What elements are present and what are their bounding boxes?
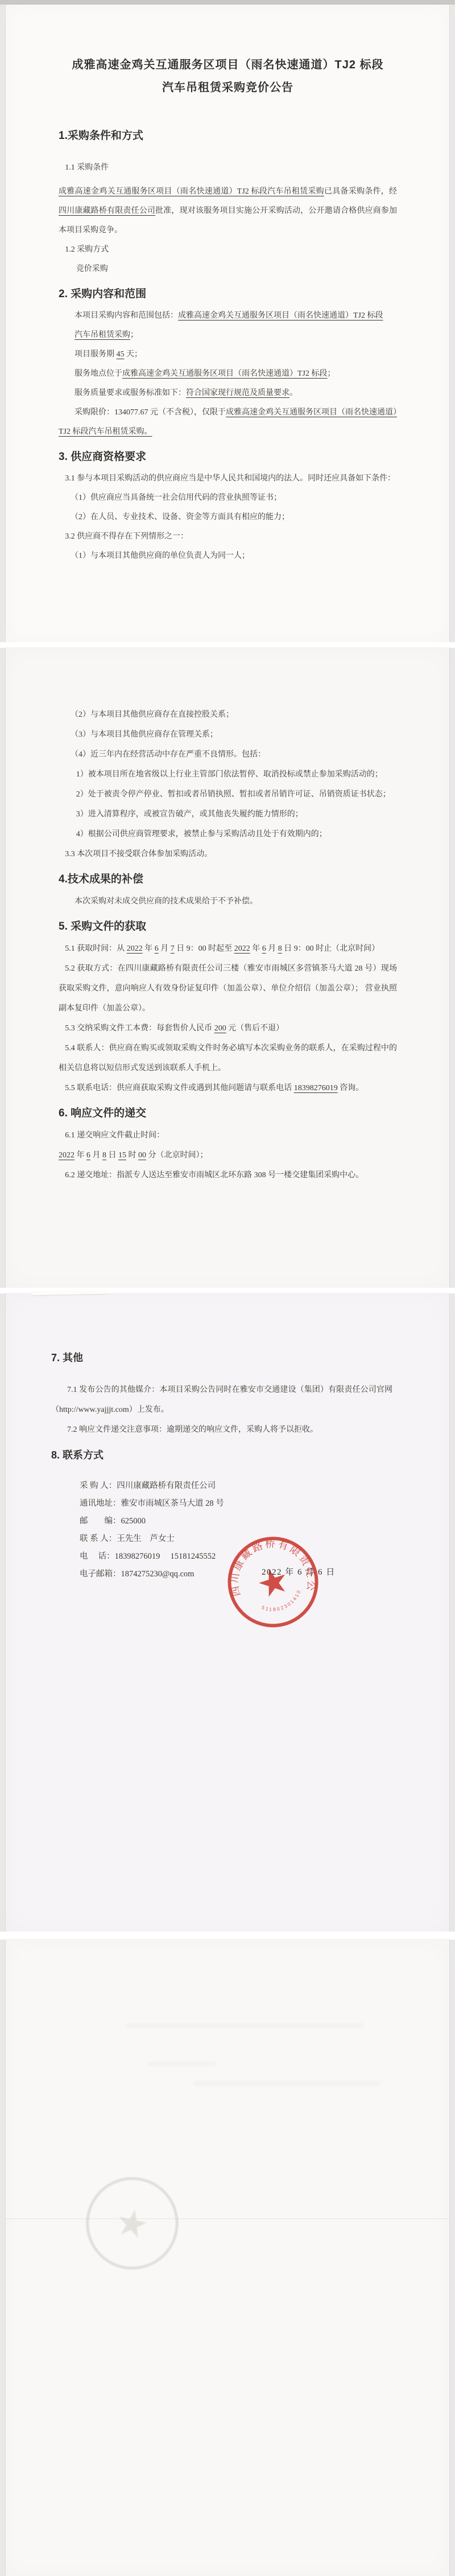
bleed-through-text-artifact (148, 2061, 216, 2066)
deadline-time: 2022 年 6 月 8 日 15 时 00 分（北京时间）； (59, 1145, 397, 1165)
clause-1-1-paragraph: 成雅高速金鸡关互通服务区项目（雨名快速通道）TJ2 标段汽车吊租赁采购已具备采购… (59, 182, 397, 240)
contact-value: 625000 (121, 1517, 146, 1526)
page-2: （2）与本项目其他供应商存在直接控股关系； （3）与本项目其他供应商存在管理关系… (6, 648, 449, 1288)
section-3-heading: 3. 供应商资格要求 (59, 450, 397, 465)
contact-label: 电子邮箱： (80, 1570, 121, 1579)
contact-value: 雅安市雨城区茶马大道 28 号 (121, 1499, 224, 1508)
clause-7-1: 7.1 发布公告的其他媒介：本项目采购公告同时在雅安市交通建设（集团）有限责任公… (51, 1380, 392, 1420)
contact-value: 四川康藏路桥有限责任公司 (117, 1481, 216, 1490)
clause-5-1: 5.1 获取时间：从 2022 年 6 月 7 日 9：00 时起至 2022 … (59, 939, 397, 959)
clause-3-2: 3.2 供应商不得存在下列情形之一： (59, 527, 397, 547)
contact-row-purchaser: 采 购 人：四川康藏路桥有限责任公司 (80, 1477, 392, 1495)
page-separator (0, 1932, 455, 1940)
bleed-through-stamp-icon (73, 2164, 192, 2283)
bad-record-sub-1: 1）被本项目所在地省级以上行业主管部门依法暂停、取消投标或禁止参加采购活动的； (59, 765, 397, 784)
clause-3-2-item-4: （4）近三年内在经营活动中存在严重不良情形。包括： (59, 745, 397, 765)
clause-5-3: 5.3 交纳采购文件工本费：每套售价人民币 200 元（售后不退） (59, 1018, 397, 1038)
clause-3-2-item-1: （1）与本项目其他供应商的单位负责人为同一人； (59, 547, 397, 566)
contact-label: 联 系 人： (80, 1534, 117, 1543)
contact-value: 1874275230@qq.com (121, 1570, 195, 1579)
bleed-through-text-artifact (193, 2081, 381, 2086)
clause-6-2: 6.2 递交地址：指派专人送达至雅安市雨城区北环东路 308 号一楼交建集团采购… (59, 1165, 397, 1185)
page-separator (0, 642, 455, 648)
contact-label: 通讯地址： (80, 1499, 121, 1508)
section-1-heading: 1.采购条件和方式 (59, 129, 397, 143)
document-title-line-1: 成雅高速金鸡关互通服务区项目（雨名快速通道）TJ2 标段 (59, 54, 397, 76)
section-7-heading: 7. 其他 (51, 1350, 392, 1365)
contact-label: 电 话： (80, 1552, 115, 1561)
section-5-heading: 5. 采购文件的获取 (59, 919, 397, 934)
section-4-heading: 4.技术成果的补偿 (59, 872, 397, 887)
clause-5-2: 5.2 获取方式：在四川康藏路桥有限责任公司三楼（雅安市雨城区多营镇茶马大道 2… (59, 959, 397, 1018)
scope-paragraph: 本项目采购内容和范围包括：成雅高速金鸡关互通服务区项目（雨名快速通道）TJ2 标… (59, 306, 397, 326)
clause-3-1-item-2: （2）在人员、专业技术、设备、资金等方面具有相应的能力； (59, 508, 397, 527)
clause-7-2: 7.2 响应文件递交注意事项：逾期递交的响应文件，采购人将予以拒收。 (51, 1420, 392, 1440)
contact-value: 王先生 芦女士 (117, 1534, 175, 1543)
clause-6-1: 6.1 递交响应文件截止时间： (59, 1125, 397, 1145)
bleed-through-text-artifact (125, 2023, 364, 2028)
page-3: 7. 其他 7.1 发布公告的其他媒介：本项目采购公告同时在雅安市交通建设（集团… (6, 1293, 449, 1932)
service-location: 服务地点位于成雅高速金鸡关互通服务区项目（雨名快速通道）TJ2 标段； (59, 364, 397, 384)
clause-3-3: 3.3 本次项目不接受联合体参加采购活动。 (59, 844, 397, 864)
section-8-heading: 8. 联系方式 (51, 1448, 392, 1462)
clause-3-1: 3.1 参与本项目采购活动的供应商应当是中华人民共和国境内的法人。同时还应具备如… (59, 469, 397, 488)
price-limit: 采购限价：134077.67 元（不含税），仅限于成雅高速金鸡关互通服务区项目（… (59, 403, 397, 442)
scope-item: 汽车吊租赁采购； (59, 326, 397, 345)
clause-1-2-label: 1.2 采购方式 (59, 240, 397, 260)
scanner-top-band (0, 0, 455, 5)
fold-line (6, 2218, 449, 2219)
clause-3-1-item-1: （1）供应商应当具备统一社会信用代码的营业执照等证书； (59, 488, 397, 508)
contact-value: 18398276019 15181245552 (115, 1552, 216, 1561)
clause-1-1-label: 1.1 采购条件 (59, 158, 397, 178)
service-quality: 服务质量要求或服务标准如下：符合国家现行规范及质量要求。 (59, 384, 397, 403)
clause-1-2-value: 竞价采购 (59, 260, 397, 279)
document-title-line-2: 汽车吊租赁采购竞价公告 (59, 76, 397, 99)
page-4-blank-back (6, 1940, 449, 2576)
section-2-heading: 2. 采购内容和范围 (59, 287, 397, 302)
bad-record-sub-3: 3）进入清算程序，或被宣告破产，或其他丧失履约能力情形的； (59, 804, 397, 824)
clause-3-2-item-2: （2）与本项目其他供应商存在直接控股关系； (59, 705, 397, 725)
stamp-date: 2022 年 6 月 6 日 (262, 1566, 336, 1577)
scanned-announcement-document: { "document_title": [ "成雅高速金鸡关互通服务区项目（雨名… (0, 0, 455, 2576)
bad-record-sub-2: 2）处于被责令停产停业、暂扣或者吊销执照、暂扣或者吊销许可证、吊销资质证书状态； (59, 784, 397, 804)
contact-row-address: 通讯地址：雅安市雨城区茶马大道 28 号 (80, 1495, 392, 1513)
page-1: 成雅高速金鸡关互通服务区项目（雨名快速通道）TJ2 标段 汽车吊租赁采购竞价公告… (6, 5, 449, 642)
section-6-heading: 6. 响应文件的递交 (59, 1106, 397, 1121)
stacked-sheet-edge (31, 1290, 108, 1296)
service-period: 项目服务期 45 天； (59, 345, 397, 364)
clause-3-2-item-3: （3）与本项目其他供应商存在管理关系； (59, 725, 397, 745)
contact-label: 采 购 人： (80, 1481, 117, 1490)
bad-record-sub-4: 4）根据公司供应商管理要求，被禁止参与采购活动且处于有效期内的； (59, 824, 397, 844)
clause-5-5: 5.5 联系电话：供应商获取采购文件或遇到其他问题请与联系电话 18398276… (59, 1078, 397, 1098)
clause-4-paragraph: 本次采购对未成交供应商的技术成果给于不予补偿。 (59, 891, 397, 911)
clause-5-4: 5.4 联系人：供应商在购买或领取采购文件时务必填写本次采购业务的联系人，在采购… (59, 1038, 397, 1078)
contact-label: 邮 编： (80, 1517, 121, 1526)
contact-row-postcode: 邮 编：625000 (80, 1513, 392, 1530)
